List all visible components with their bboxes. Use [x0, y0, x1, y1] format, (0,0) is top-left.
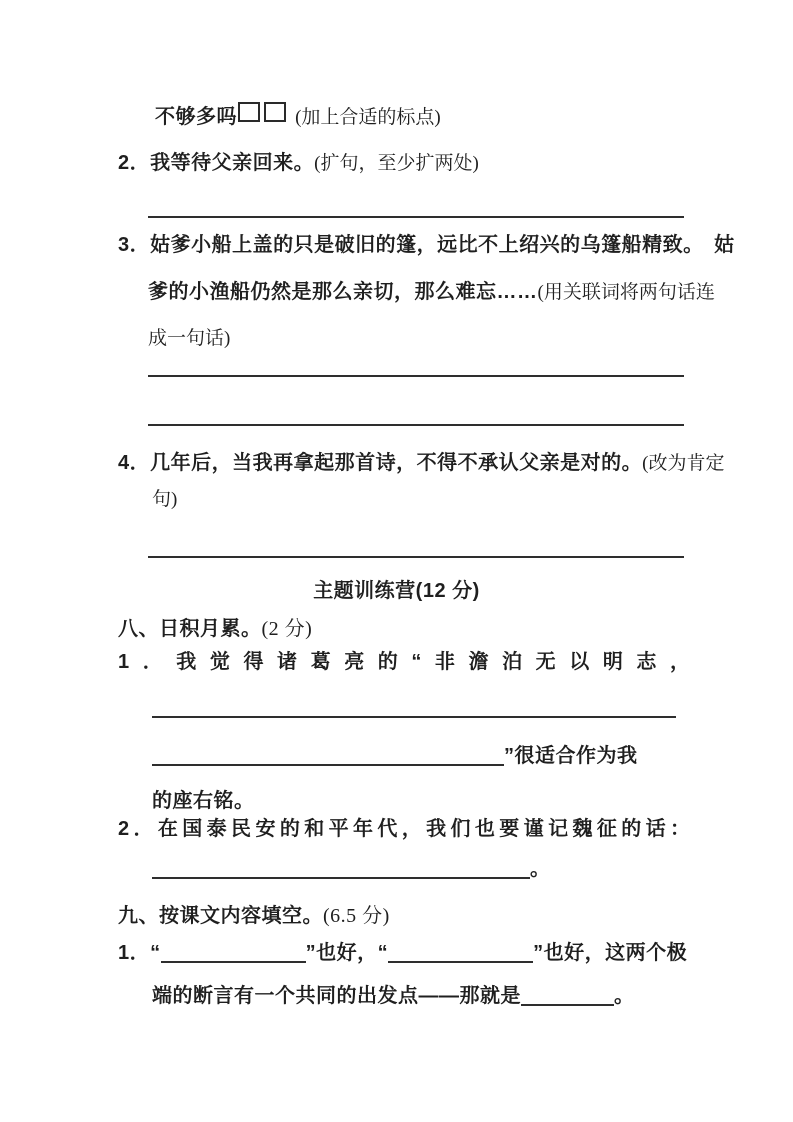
q4-sentence-line-2: 句)	[152, 486, 177, 513]
part9-q1-inline-blank-3[interactable]	[521, 986, 614, 1006]
punctuation-box-1[interactable]	[238, 102, 260, 122]
q4-number: 4．	[118, 452, 150, 474]
part9-header-score: (6.5 分)	[323, 905, 390, 927]
worksheet-page: 不够多吗 (加上合适的标点) 2．我等待父亲回来。(扩句，至少扩两处) 3．姑爹…	[0, 0, 793, 1122]
part8-q1-closing: 的座右铭。	[152, 790, 255, 812]
part8-header-score: (2 分)	[262, 618, 313, 640]
theme-section-title: 主题训练营(12 分)	[0, 578, 793, 604]
part9-q1-inline-blank-2[interactable]	[388, 943, 533, 963]
q3-sentence-line-2: 爹的小渔船仍然是那么亲切，那么难忘……(用关联词将两句话连	[148, 279, 715, 306]
part9-header-text: 九、按课文内容填空。	[118, 905, 323, 927]
part9-q1-inline-blank-1[interactable]	[161, 943, 306, 963]
q2-text: 我等待父亲回来。	[150, 152, 314, 174]
q3-number: 3．	[118, 234, 150, 256]
part9-q1-text-b: ”也好，“	[306, 942, 389, 964]
part8-q2-answer-blank[interactable]	[152, 859, 530, 879]
q3-sentence-line-1: 3．姑爹小船上盖的只是破旧的篷，远比不上绍兴的乌篷船精致。 姑	[118, 232, 735, 258]
q2-sentence-line: 2．我等待父亲回来。(扩句，至少扩两处)	[118, 150, 479, 177]
part9-q1-line-2: 端的断言有一个共同的出发点——那就是。	[152, 983, 635, 1009]
q1-instruction: (加上合适的标点)	[295, 107, 441, 128]
part8-q1-line-1: 1．我觉得诸葛亮的“非澹泊无以明志，	[118, 649, 690, 675]
q3-sentence-line-3: 成一句话)	[148, 325, 230, 352]
q3-instruction-part2: 成一句话)	[148, 328, 230, 349]
part9-q1-text-e: 。	[614, 985, 635, 1007]
q1-punctuation-line: 不够多吗 (加上合适的标点)	[155, 102, 441, 131]
q4-instruction-part2: 句)	[152, 489, 177, 510]
part8-q2-line: 2．在国泰民安的和平年代，我们也要谨记魏征的话：	[118, 816, 690, 842]
part8-q2-period: 。	[530, 858, 551, 880]
q4-answer-blank[interactable]	[148, 556, 684, 558]
part9-q1-text-d: 端的断言有一个共同的出发点——那就是	[152, 985, 521, 1007]
theme-section-title-text: 主题训练营(12 分)	[313, 580, 480, 602]
q4-instruction-part1: (改为肯定	[642, 453, 724, 474]
q2-number: 2．	[118, 152, 150, 174]
part8-q1-line-3: 的座右铭。	[152, 788, 255, 814]
part8-header-text: 八、日积月累。	[118, 618, 262, 640]
part8-header: 八、日积月累。(2 分)	[118, 616, 312, 642]
q2-answer-blank[interactable]	[148, 216, 684, 218]
q2-instruction: (扩句，至少扩两处)	[314, 153, 479, 174]
q3-answer-blank-2[interactable]	[148, 424, 684, 426]
part8-q2-text: 2．在国泰民安的和平年代，我们也要谨记魏征的话：	[118, 818, 690, 840]
part8-q1-suffix: ”很适合作为我	[504, 745, 638, 767]
part9-q1-text-c: ”也好，这两个极	[533, 942, 687, 964]
part8-q2-answer-line: 。	[152, 856, 551, 882]
part8-q1-answer-blank-2[interactable]	[152, 746, 504, 766]
q3-text-line1: 姑爹小船上盖的只是破旧的篷，远比不上绍兴的乌篷船精致。 姑	[150, 234, 735, 256]
part8-q1-answer-blank-1[interactable]	[152, 716, 676, 718]
q1-tail-text: 不够多吗	[155, 106, 237, 128]
q3-answer-blank-1[interactable]	[148, 375, 684, 377]
part9-q1-text-a: 1．“	[118, 942, 161, 964]
punctuation-box-2[interactable]	[264, 102, 286, 122]
part9-q1-line-1: 1．“”也好，“”也好，这两个极	[118, 940, 687, 966]
q3-text-line2: 爹的小渔船仍然是那么亲切，那么难忘……	[148, 281, 538, 303]
part9-header: 九、按课文内容填空。(6.5 分)	[118, 903, 390, 929]
q4-sentence-line-1: 4．几年后，当我再拿起那首诗，不得不承认父亲是对的。(改为肯定	[118, 450, 724, 477]
q3-instruction-part1: (用关联词将两句话连	[538, 282, 715, 303]
part8-q1-line-2: ”很适合作为我	[152, 743, 638, 769]
part8-q1-text: 1．我觉得诸葛亮的“非澹泊无以明志，	[118, 651, 690, 673]
q4-text: 几年后，当我再拿起那首诗，不得不承认父亲是对的。	[150, 452, 642, 474]
